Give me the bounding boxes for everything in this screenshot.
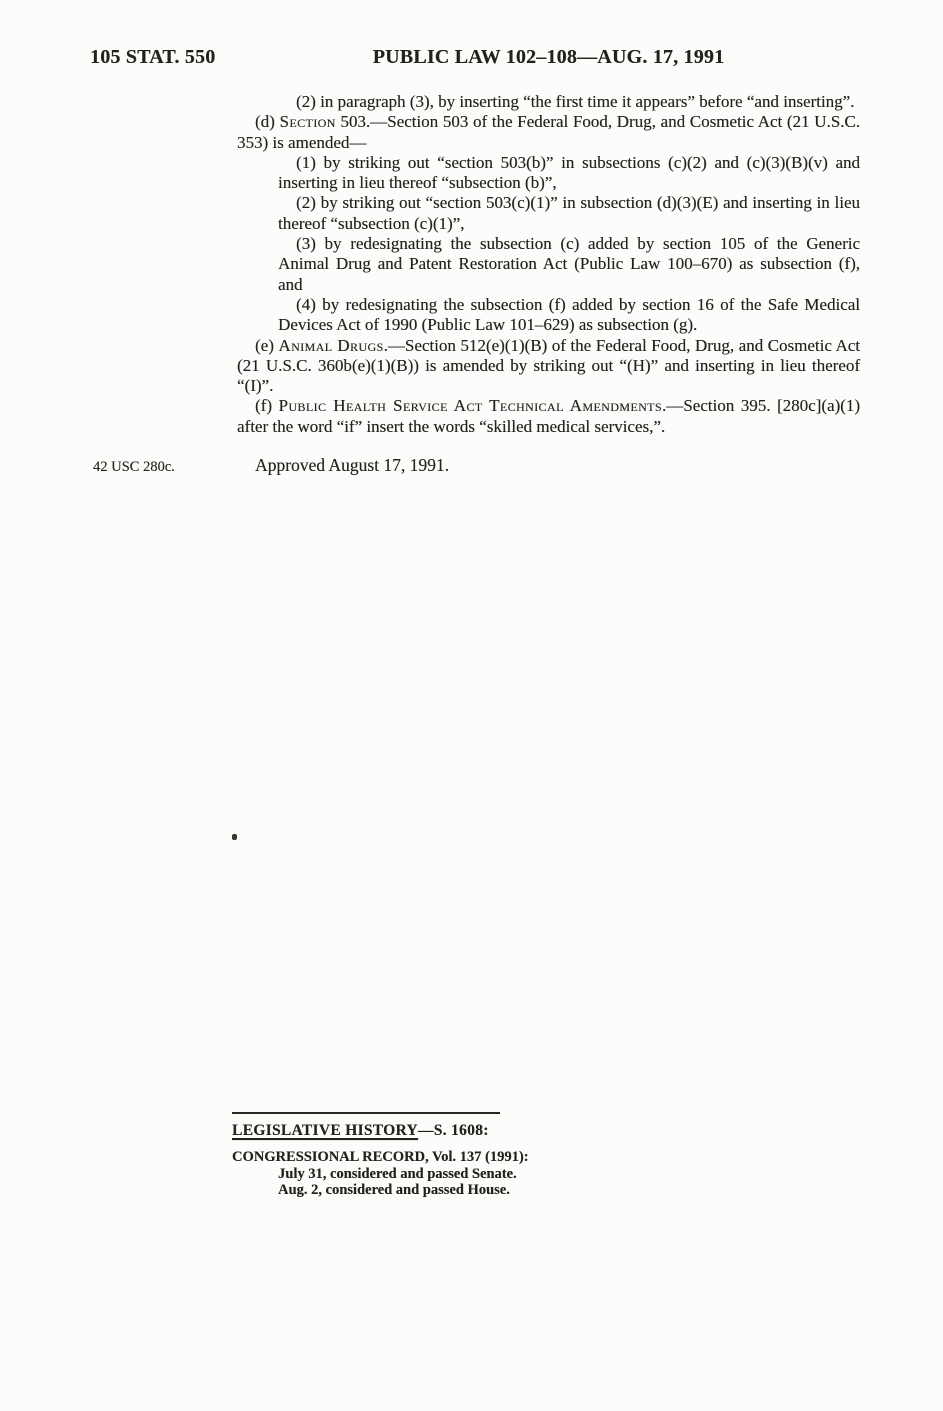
small-caps-heading-text: Animal Drugs — [278, 336, 383, 355]
statute-paragraph: (2) by striking out “section 503(c)(1)” … — [278, 193, 860, 234]
public-law-running-head: PUBLIC LAW 102–108—AUG. 17, 1991 — [237, 46, 860, 69]
paragraph-text: (2) in paragraph (3), by inserting “the … — [296, 92, 854, 111]
statute-text-column: (2) in paragraph (3), by inserting “the … — [237, 92, 860, 493]
approved-line: Approved August 17, 1991. — [237, 455, 860, 475]
paragraph-text: (f) — [255, 396, 279, 415]
history-detail-line: Aug. 2, considered and passed House. — [278, 1182, 662, 1199]
scan-ink-speck — [232, 834, 237, 840]
small-caps-heading-text: Public Health Service Act Technical Amen… — [279, 396, 662, 415]
statute-paragraph: (4) by redesignating the subsection (f) … — [278, 295, 860, 336]
legislative-history-rule — [232, 1112, 500, 1114]
legislative-history-bill-number: —S. 1608: — [418, 1122, 489, 1139]
statute-paragraph: (d) Section 503.—Section 503 of the Fede… — [237, 112, 860, 153]
statute-paragraph: (1) by striking out “section 503(b)” in … — [278, 153, 860, 194]
small-caps-heading-text: Section — [279, 112, 335, 131]
statute-paragraph: (f) Public Health Service Act Technical … — [237, 396, 860, 437]
paragraph-text: (4) by redesignating the subsection (f) … — [278, 295, 860, 334]
congressional-record-line: CONGRESSIONAL RECORD, Vol. 137 (1991): — [232, 1149, 662, 1166]
statute-paragraphs: (2) in paragraph (3), by inserting “the … — [237, 92, 860, 437]
legislative-history-heading: LEGISLATIVE HISTORY—S. 1608: — [232, 1122, 662, 1140]
statute-paragraph: (2) in paragraph (3), by inserting “the … — [278, 92, 860, 112]
stat-page-number: 105 STAT. 550 — [90, 46, 215, 69]
history-detail-line: July 31, considered and passed Senate. — [278, 1166, 662, 1183]
statute-paragraph: (3) by redesignating the subsection (c) … — [278, 234, 860, 295]
legislative-history-section: LEGISLATIVE HISTORY—S. 1608: CONGRESSION… — [232, 1112, 662, 1199]
paragraph-text: (e) — [255, 336, 278, 355]
legislative-history-title: LEGISLATIVE HISTORY — [232, 1122, 418, 1139]
paragraph-text: (2) by striking out “section 503(c)(1)” … — [278, 193, 860, 232]
paragraph-text: (3) by redesignating the subsection (c) … — [278, 234, 860, 294]
statute-paragraph: (e) Animal Drugs.—Section 512(e)(1)(B) o… — [237, 336, 860, 397]
uscode-margin-note: 42 USC 280c. — [93, 459, 223, 476]
statute-page: 105 STAT. 550 PUBLIC LAW 102–108—AUG. 17… — [0, 0, 943, 1411]
paragraph-text: (1) by striking out “section 503(b)” in … — [278, 153, 860, 192]
paragraph-text: (d) — [255, 112, 279, 131]
legislative-history-lines: CONGRESSIONAL RECORD, Vol. 137 (1991):Ju… — [232, 1149, 662, 1199]
